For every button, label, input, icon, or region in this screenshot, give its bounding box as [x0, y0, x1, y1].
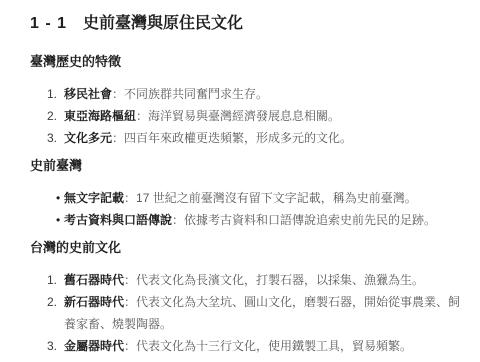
section-taiwan-history-features: 臺灣歷史的特徵 1.移民社會：不同族群共同奮鬥求生存。 2.東亞海路樞紐：海洋貿… [30, 45, 468, 149]
term-description: 四百年來政權更迭頻繁，形成多元的文化。 [124, 131, 352, 145]
list-item: 3.金屬器時代：代表文化為十三行文化，使用鐵製工具，貿易頻繁。 [30, 335, 468, 357]
colon-separator: ： [124, 273, 136, 287]
list-item: •考古資料與口語傳說：依據考古資料和口語傳說追索史前先民的足跡。 [30, 209, 468, 231]
item-number: 2. [47, 291, 57, 313]
section-prehistoric-taiwan: 史前臺灣 •無文字記載：17 世紀之前臺灣沒有留下文字記載，稱為史前臺灣。 •考… [30, 149, 468, 231]
item-number: 2. [47, 105, 57, 127]
title-number: 1 - 1 [30, 13, 67, 35]
colon-separator: ： [112, 87, 124, 101]
colon-separator: ： [124, 295, 136, 309]
section-heading: 台灣的史前文化 [30, 239, 468, 257]
bullet-icon: • [56, 187, 60, 209]
list-item: 2.東亞海路樞紐：海洋貿易與臺灣經濟發展息息相關。 [30, 105, 468, 127]
colon-separator: ： [112, 131, 124, 145]
ordered-list: 1.舊石器時代：代表文化為長濱文化，打製石器，以採集、漁獵為生。 2.新石器時代… [30, 269, 468, 357]
term-description: 17 世紀之前臺灣沒有留下文字記載，稱為史前臺灣。 [136, 191, 417, 205]
list-item: 1.移民社會：不同族群共同奮鬥求生存。 [30, 83, 468, 105]
colon-separator: ： [172, 213, 184, 227]
term-label: 移民社會 [64, 87, 112, 101]
term-label: 無文字記載 [64, 191, 124, 205]
colon-separator: ： [124, 339, 136, 353]
list-item: 3.文化多元：四百年來政權更迭頻繁，形成多元的文化。 [30, 127, 468, 149]
section-taiwan-prehistoric-cultures: 台灣的史前文化 1.舊石器時代：代表文化為長濱文化，打製石器，以採集、漁獵為生。… [30, 231, 468, 357]
term-description: 代表文化為十三行文化，使用鐵製工具，貿易頻繁。 [136, 339, 412, 353]
item-number: 3. [47, 335, 57, 357]
list-item: •無文字記載：17 世紀之前臺灣沒有留下文字記載，稱為史前臺灣。 [30, 187, 468, 209]
title-text: 史前臺灣與原住民文化 [83, 15, 243, 32]
list-item: 1.舊石器時代：代表文化為長濱文化，打製石器，以採集、漁獵為生。 [30, 269, 468, 291]
term-label: 金屬器時代 [64, 339, 124, 353]
term-label: 舊石器時代 [64, 273, 124, 287]
ordered-list: 1.移民社會：不同族群共同奮鬥求生存。 2.東亞海路樞紐：海洋貿易與臺灣經濟發展… [30, 83, 468, 149]
term-label: 新石器時代 [64, 295, 124, 309]
term-label: 考古資料與口語傳說 [64, 213, 172, 227]
section-heading: 臺灣歷史的特徵 [30, 53, 468, 71]
section-heading: 史前臺灣 [30, 157, 468, 175]
page-title: 1 - 1史前臺灣與原住民文化 [30, 13, 468, 35]
bullet-icon: • [56, 209, 60, 231]
term-description: 依據考古資料和口語傳說追索史前先民的足跡。 [184, 213, 436, 227]
item-number: 3. [47, 127, 57, 149]
term-label: 東亞海路樞紐 [64, 109, 136, 123]
list-item: 2.新石器時代：代表文化為大坌坑、圓山文化，磨製石器，開始從事農業、飼養家畜、燒… [30, 291, 468, 335]
item-number: 1. [47, 83, 57, 105]
bulleted-list: •無文字記載：17 世紀之前臺灣沒有留下文字記載，稱為史前臺灣。 •考古資料與口… [30, 187, 468, 231]
document-page: 1 - 1史前臺灣與原住民文化 臺灣歷史的特徵 1.移民社會：不同族群共同奮鬥求… [0, 0, 480, 362]
term-description: 海洋貿易與臺灣經濟發展息息相關。 [148, 109, 340, 123]
term-label: 文化多元 [64, 131, 112, 145]
term-description: 代表文化為長濱文化，打製石器，以採集、漁獵為生。 [136, 273, 424, 287]
term-description: 不同族群共同奮鬥求生存。 [124, 87, 268, 101]
colon-separator: ： [136, 109, 148, 123]
item-number: 1. [47, 269, 57, 291]
colon-separator: ： [124, 191, 136, 205]
